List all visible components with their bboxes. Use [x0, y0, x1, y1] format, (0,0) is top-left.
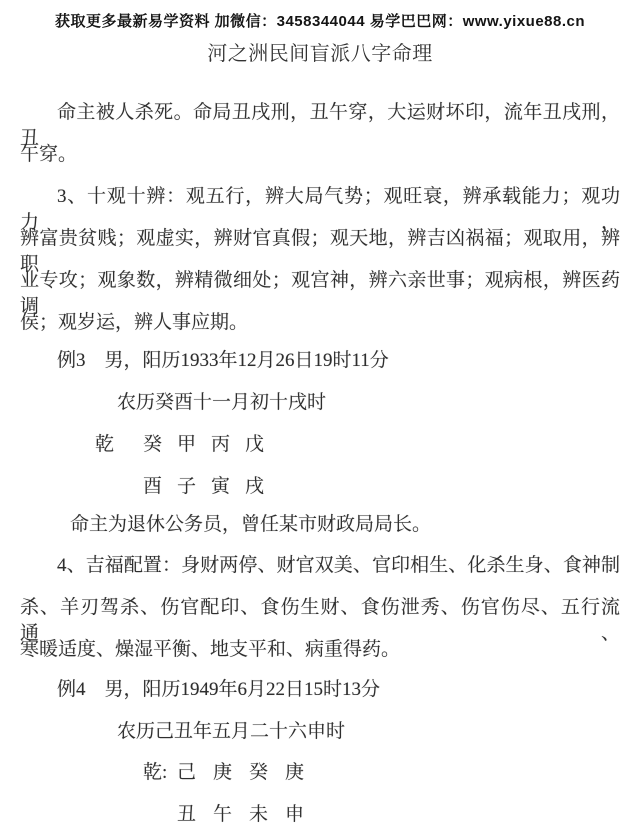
example4-stem-month: 庚	[213, 760, 249, 786]
example4-gender-label: 乾:	[143, 760, 177, 786]
paragraph4-line1: 4、吉福配置：身财两停、财官双美、官印相生、化杀生身、食神制	[20, 553, 620, 579]
example4-stem-year: 己	[177, 760, 213, 786]
example4-branches-row: 丑午未申	[177, 802, 437, 828]
example4-stem-day: 癸	[249, 760, 285, 786]
example3-branch-day: 寅	[211, 474, 245, 500]
paragraph4-line3: 寒暖适度、燥湿平衡、地支平和、病重得药。	[20, 637, 620, 663]
example4-stems-row: 乾:己庚癸庚	[143, 760, 443, 786]
example3-gender-label: 乾	[95, 432, 143, 458]
example3-branch-hour: 戌	[245, 474, 279, 500]
example4-lunar-date: 农历己丑年五月二十六申时	[20, 719, 640, 745]
example4-stem-hour: 庚	[285, 760, 321, 786]
document-page: 获取更多最新易学资料 加微信：3458344044 易学巴巴网：www.yixu…	[0, 0, 640, 836]
example3-branch-year: 酉	[143, 474, 177, 500]
example3-note: 命主为退休公务员，曾任某市财政局局长。	[20, 512, 640, 538]
example3-branch-month: 子	[177, 474, 211, 500]
example3-intro: 例3 男，阳历1933年12月26日19时11分	[20, 348, 640, 374]
example3-stem-month: 甲	[177, 432, 211, 458]
example4-branch-hour: 申	[285, 802, 321, 828]
example3-lunar-date: 农历癸酉十一月初十戌时	[20, 390, 640, 416]
example3-stem-hour: 戊	[245, 432, 279, 458]
example3-stems-row: 乾癸甲丙戊	[95, 432, 395, 458]
paragraph2-line4: 侯；观岁运，辨人事应期。	[20, 310, 620, 336]
example4-branch-month: 午	[213, 802, 249, 828]
paragraph1-line2: 午穿。	[20, 142, 620, 168]
example4-branch-year: 丑	[177, 802, 213, 828]
example3-branches-row: 酉子寅戌	[143, 474, 403, 500]
document-title: 河之洲民间盲派八字命理	[0, 41, 640, 67]
example3-stem-day: 丙	[211, 432, 245, 458]
example3-stem-year: 癸	[143, 432, 177, 458]
promo-header-text: 获取更多最新易学资料 加微信：3458344044 易学巴巴网：www.yixu…	[0, 12, 640, 32]
example4-branch-day: 未	[249, 802, 285, 828]
example4-intro: 例4 男，阳历1949年6月22日15时13分	[20, 677, 640, 703]
